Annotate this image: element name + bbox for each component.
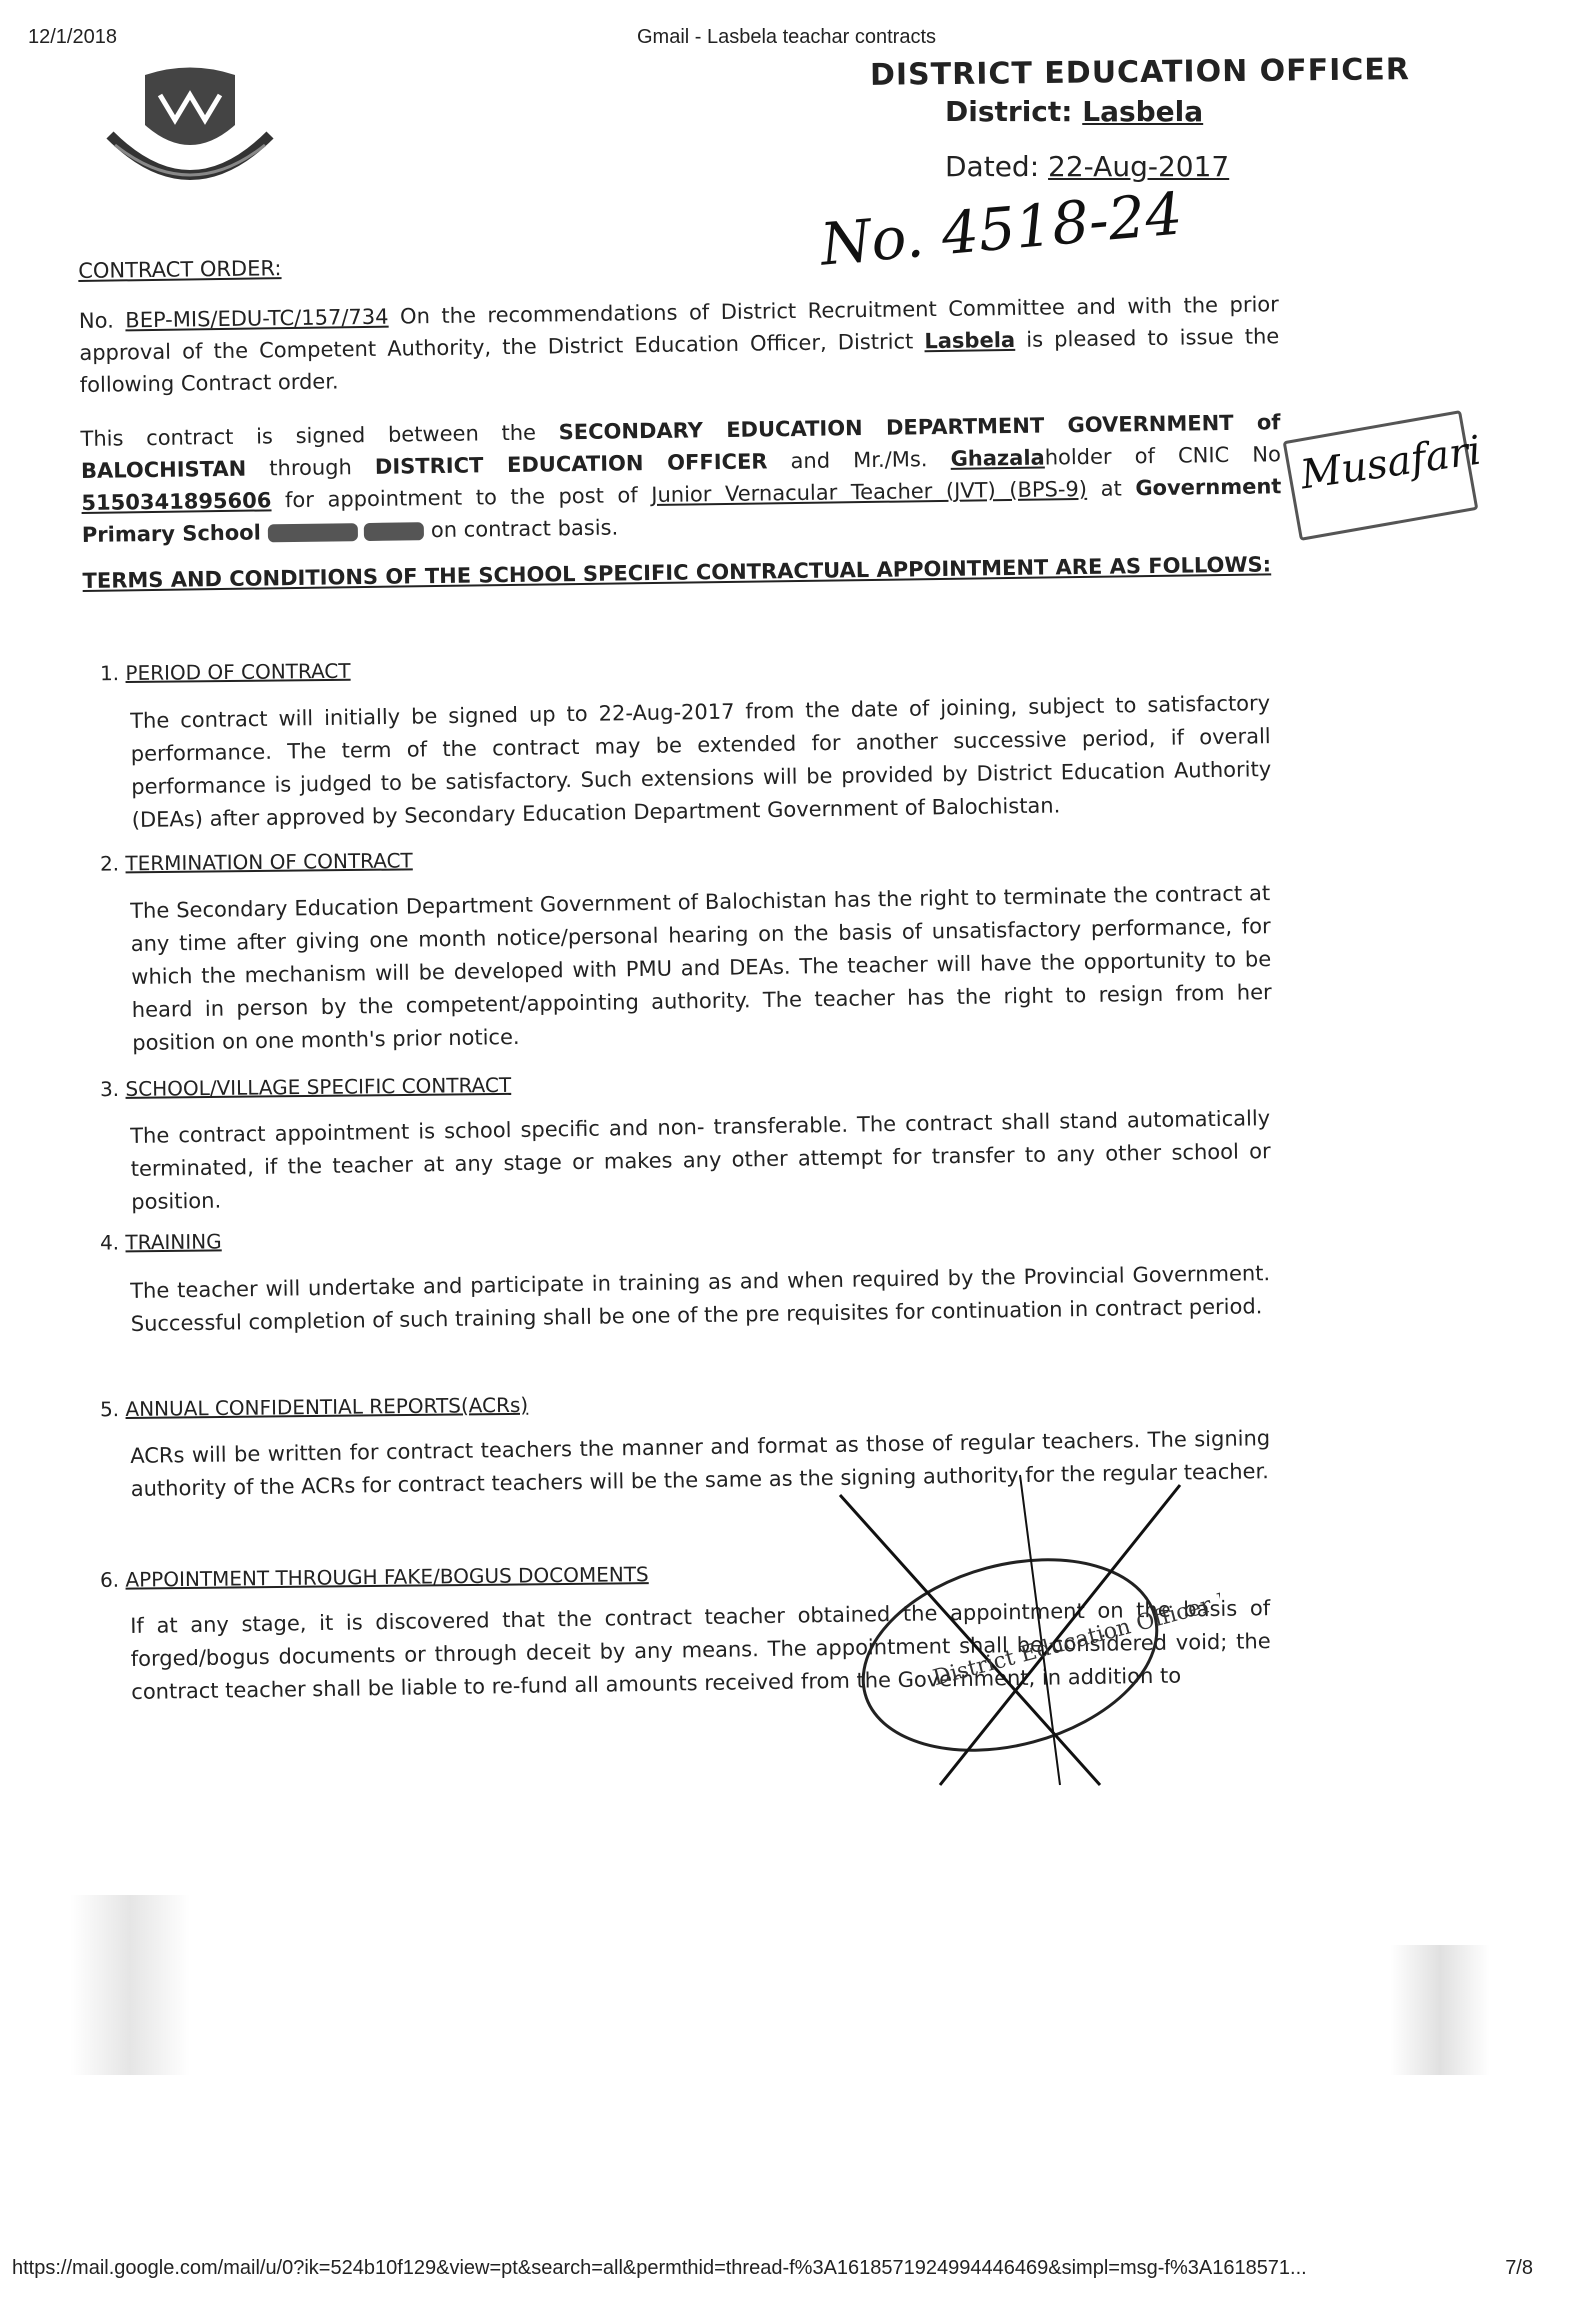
post-title: Junior Vernacular Teacher (JVT) (BPS-9) [651, 477, 1087, 507]
section-body: The Secondary Education Department Gover… [130, 877, 1272, 1060]
section-heading: APPOINTMENT THROUGH FAKE/BOGUS DOCOMENTS [125, 1562, 648, 1591]
dated-value: 22-Aug-2017 [1048, 150, 1229, 183]
contract-order-section: CONTRACT ORDER: No. BEP-MIS/EDU-TC/157/7… [78, 238, 1283, 597]
agreement-text: for appointment to the post of [285, 483, 638, 512]
section-number: 4. [100, 1230, 119, 1254]
section-number: 2. [100, 851, 119, 875]
contract-order-intro: No. BEP-MIS/EDU-TC/157/734 On the recomm… [79, 288, 1280, 401]
office-title: DISTRICT EDUCATION OFFICER [870, 52, 1410, 93]
svg-text:District Education Officer Las: District Education Officer Lasbela [930, 1569, 1220, 1692]
agreement-text: This contract is signed between the [80, 421, 536, 451]
section-title: 4. TRAINING [100, 1229, 222, 1254]
redacted-school-name [364, 522, 424, 541]
teacher-name: Ghazala [950, 446, 1044, 471]
official-stamp-signature-icon: District Education Officer Lasbela [800, 1455, 1220, 1795]
section-title: 3. SCHOOL/VILLAGE SPECIFIC CONTRACT [100, 1073, 511, 1101]
section-title: 6. APPOINTMENT THROUGH FAKE/BOGUS DOCOME… [100, 1562, 649, 1592]
scan-shadow [70, 1895, 190, 2075]
section-title: 2. TERMINATION OF CONTRACT [100, 848, 413, 875]
section-heading: TERMINATION OF CONTRACT [125, 848, 413, 875]
section-body: The contract will initially be signed up… [130, 687, 1272, 837]
intro-district: Lasbela [924, 328, 1015, 353]
section-number: 6. [100, 1568, 119, 1592]
district-label: District: [945, 95, 1072, 128]
print-title: Gmail - Lasbela teachar contracts [0, 26, 1573, 49]
section-heading: ANNUAL CONFIDENTIAL REPORTS(ACRs) [125, 1393, 528, 1421]
agreement-officer: DISTRICT EDUCATION OFFICER [375, 449, 768, 478]
section-body: The contract appointment is school speci… [130, 1102, 1271, 1219]
agreement-paragraph: This contract is signed between the SECO… [80, 406, 1282, 551]
print-url: https://mail.google.com/mail/u/0?ik=524b… [12, 2257, 1307, 2280]
scanned-document: DISTRICT EDUCATION OFFICER District: Las… [0, 55, 1573, 2205]
page-number: 7/8 [1505, 2257, 1533, 2280]
section-number: 5. [100, 1397, 119, 1421]
section-heading: SCHOOL/VILLAGE SPECIFIC CONTRACT [125, 1073, 511, 1101]
contract-order-heading: CONTRACT ORDER: [78, 238, 1278, 287]
ref-value: BEP-MIS/EDU-TC/157/734 [125, 305, 389, 333]
section-title: 1. PERIOD OF CONTRACT [100, 659, 351, 686]
dated-label: Dated: [945, 150, 1039, 183]
district-value: Lasbela [1082, 95, 1203, 128]
agreement-text: at [1100, 476, 1121, 500]
agreement-text: and Mr./Ms. [790, 447, 927, 473]
section-heading: PERIOD OF CONTRACT [125, 659, 350, 685]
scan-shadow [1390, 1945, 1490, 2075]
section-body: The teacher will undertake and participa… [130, 1257, 1271, 1341]
ref-label: No. [79, 309, 114, 333]
section-title: 5. ANNUAL CONFIDENTIAL REPORTS(ACRs) [100, 1393, 528, 1421]
section-number: 1. [100, 661, 119, 685]
cnic-number: 5150341895606 [81, 488, 271, 515]
agreement-text: holder of CNIC No [1045, 442, 1282, 469]
section-heading: TRAINING [125, 1229, 221, 1254]
redacted-school-name [267, 523, 357, 542]
section-number: 3. [100, 1077, 119, 1101]
dated-line: Dated: 22-Aug-2017 [945, 150, 1229, 183]
district-line: District: Lasbela [945, 95, 1203, 128]
government-emblem-icon [90, 65, 290, 205]
agreement-text: through [269, 455, 352, 480]
terms-heading: TERMS AND CONDITIONS OF THE SCHOOL SPECI… [82, 548, 1282, 597]
agreement-text: on contract basis. [431, 515, 619, 542]
